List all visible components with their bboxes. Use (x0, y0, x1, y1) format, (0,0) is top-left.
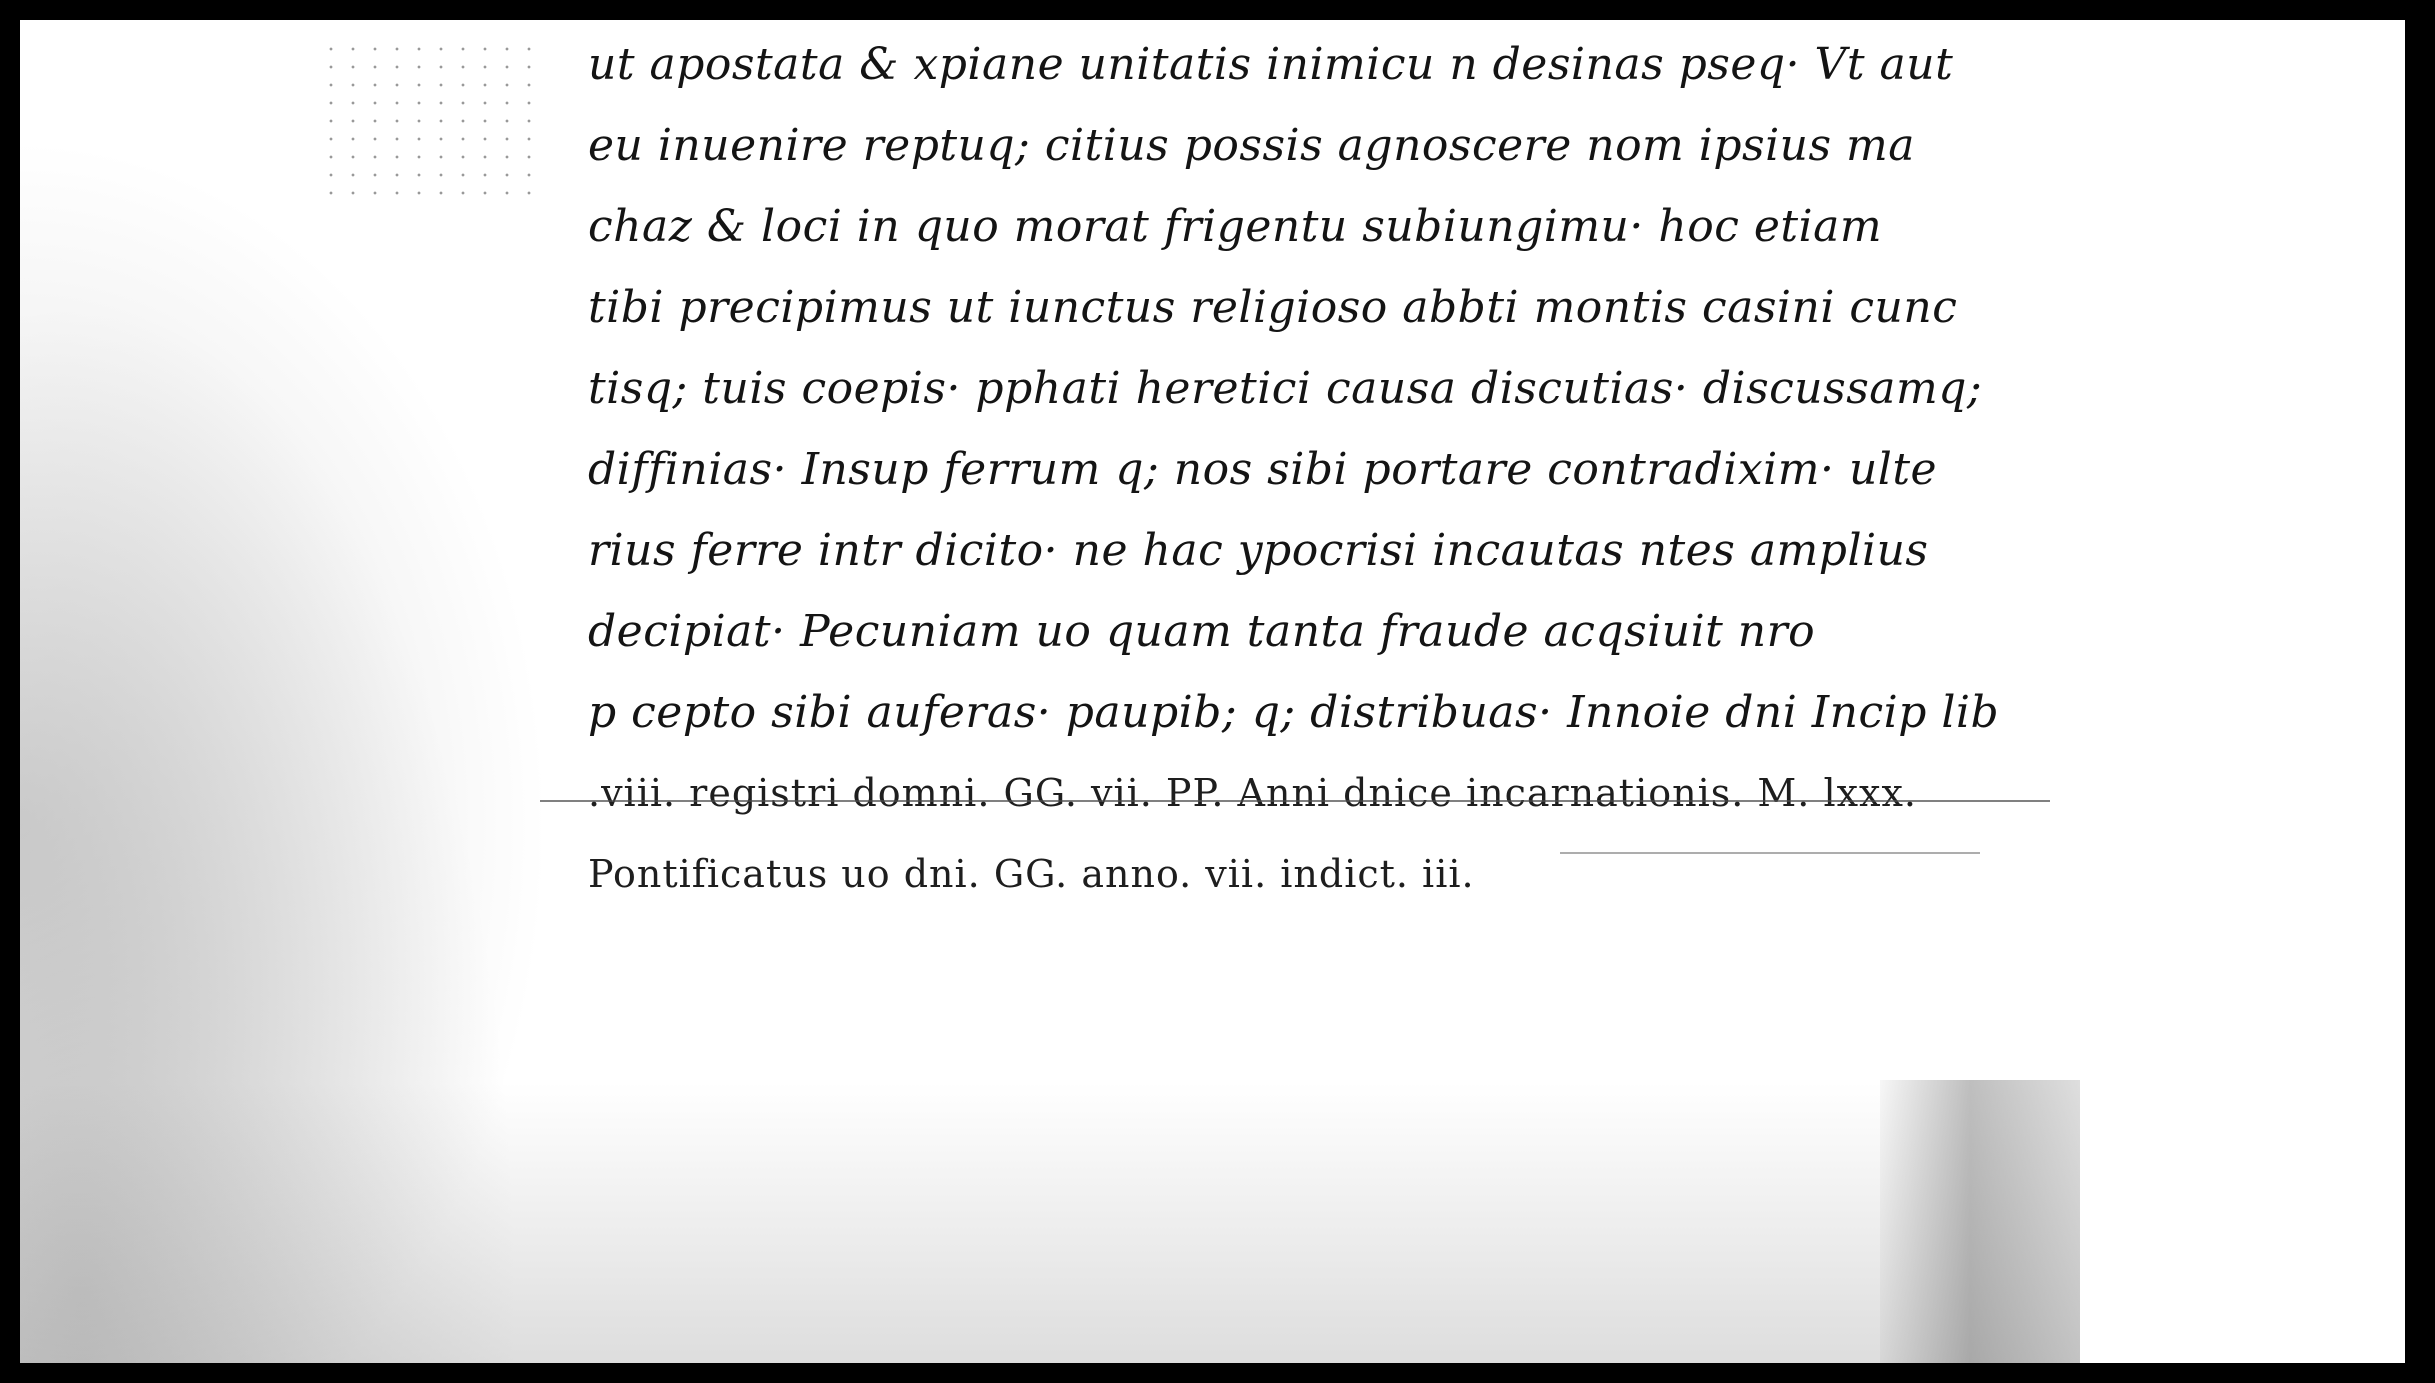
text-line: decipiat· Pecuniam uo quam tanta fraude … (588, 591, 2088, 672)
text-line: p cepto sibi auferas· paupib; q; distrib… (588, 672, 2088, 753)
manuscript-text: ut apostata & xpiane unitatis inimicu n … (588, 24, 2088, 915)
text-line: tibi precipimus ut iunctus religioso abb… (588, 267, 2088, 348)
ruling-line (540, 800, 2050, 802)
text-line: tisq; tuis coepis· pphati heretici causa… (588, 348, 2088, 429)
text-line: ut apostata & xpiane unitatis inimicu n … (588, 24, 2088, 105)
text-line: eu inuenire reptuq; citius possis agnosc… (588, 105, 2088, 186)
text-line: rius ferre intr dicito· ne hac ypocrisi … (588, 510, 2088, 591)
scan-speckles (320, 40, 540, 200)
scan-shadow (1880, 1080, 2080, 1363)
manuscript-page: ut apostata & xpiane unitatis inimicu n … (20, 20, 2405, 1363)
text-line: diffinias· Insup ferrum q; nos sibi port… (588, 429, 2088, 510)
rubric-line: .viii. registri domni. GG. vii. PP. Anni… (588, 753, 2088, 834)
rubric-line: Pontificatus uo dni. GG. anno. vii. indi… (588, 834, 2088, 915)
ruling-line (1560, 852, 1980, 854)
scan-noise-bottom (20, 1033, 2080, 1363)
text-line: chaz & loci in quo morat frigentu subiun… (588, 186, 2088, 267)
